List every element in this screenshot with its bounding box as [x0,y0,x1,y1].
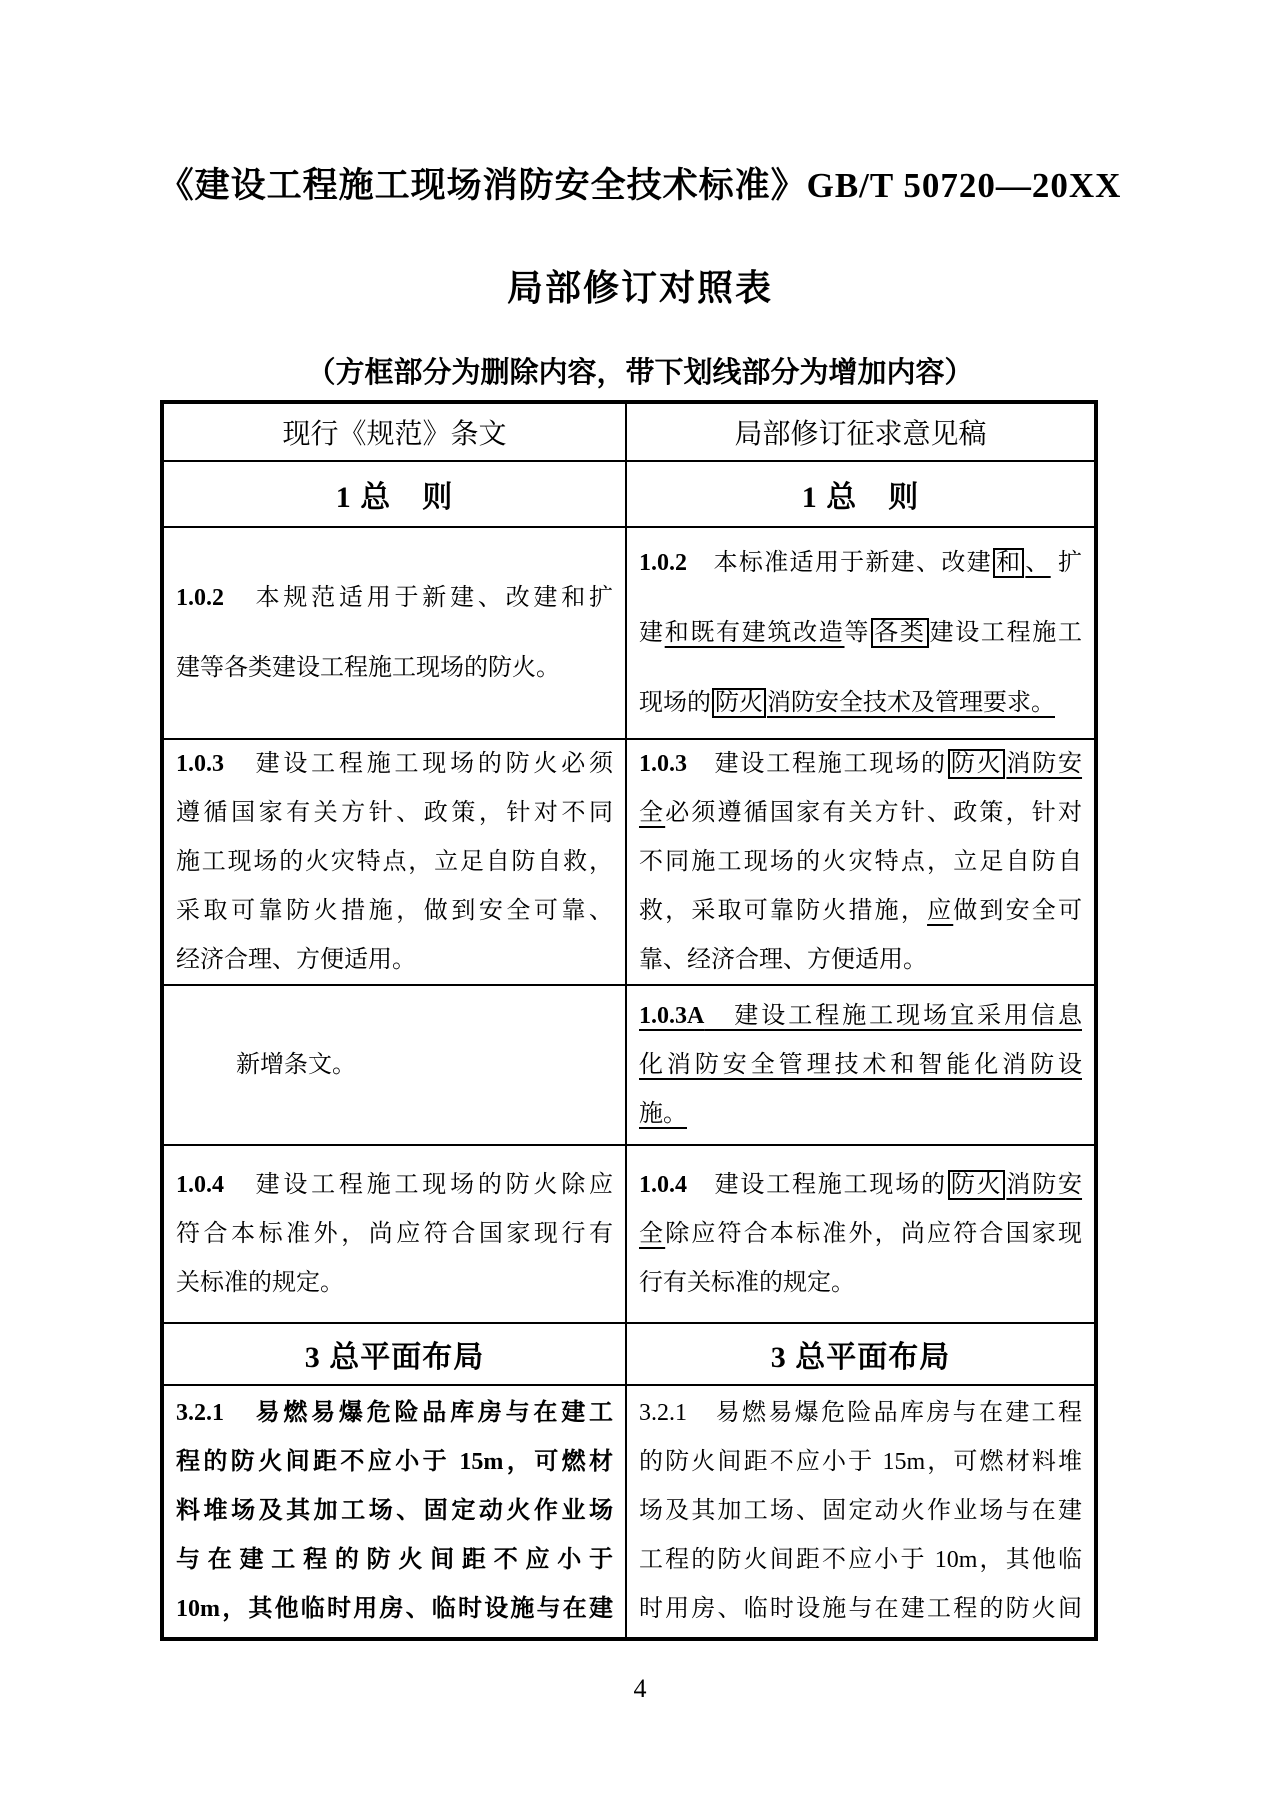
text-line: 10m，其他临时用房、临时设施与在建 [176,1585,613,1634]
bold-text: 与在建工程的防火间距不应小于 [176,1547,613,1573]
text-line: 的防火间距不应小于 15m，可燃材料堆 [639,1438,1082,1487]
bold-text: 1.0.3 [639,751,687,777]
added-text: 应 [927,898,953,924]
text-line: 料堆场及其加工场、固定动火作业场 [176,1487,613,1536]
deleted-text: 和 [993,548,1024,578]
text-run: 救，采取可靠防火措施， [639,898,927,924]
text-line: 采取可靠防火措施，做到安全可靠、 [176,887,613,936]
text-line: 施。 [639,1090,1082,1139]
added-text: 消防安 [1006,751,1082,777]
text-line: 靠、经济合理、方便适用。 [639,936,1082,985]
deleted-text: 各类 [871,618,928,648]
text-run: 建设工程施工现场的 [687,751,947,777]
added-text: 和既有建筑改造 [665,620,845,646]
text-line: 行有关标准的规定。 [639,1259,1082,1308]
text-run: 的防火间距不应小于 15m，可燃材料堆 [639,1449,1082,1475]
text-run: 建 [639,620,665,646]
bold-text: 1.0.2 [176,585,224,611]
added-text: 化消防安全管理技术和智能化消防设 [639,1052,1082,1078]
section-layout-left-cell: 3 总平面布局 [164,1324,627,1384]
bold-text: 料堆场及其加工场、固定动火作业场 [176,1498,613,1524]
text-run: 场及其加工场、固定动火作业场与在建 [639,1498,1082,1524]
text-run: 本规范适用于新建、改建和扩 [224,585,613,611]
text-run: 采取可靠防火措施，做到安全可靠、 [176,898,613,924]
text-line: 符合本标准外，尚应符合国家现行有 [176,1210,613,1259]
added-text: 消防安 [1006,1172,1082,1198]
text-run: 做到安全可 [953,898,1082,924]
header-row-right-cell: 局部修订征求意见稿 [627,404,1094,460]
clause-3-2-1: 3.2.1 易燃易爆危险品库房与在建工程的防火间距不应小于 15m，可燃材料堆场… [164,1384,1094,1637]
clause-1-0-4: 1.0.4 建设工程施工现场的防火除应符合本标准外，尚应符合国家现行有关标准的规… [164,1144,1094,1322]
text-line: 工程的防火间距不应小于 10m，其他临 [639,1536,1082,1585]
text-line: 经济合理、方便适用。 [176,936,613,985]
text-run: 遵循国家有关方针、政策，针对不同 [176,800,613,826]
clause-3-2-1-left-cell: 3.2.1 易燃易爆危险品库房与在建工程的防火间距不应小于 15m，可燃材料堆场… [164,1386,627,1637]
text-run: 符合本标准外，尚应符合国家现行有 [176,1221,613,1247]
text-line: 1.0.2 本规范适用于新建、改建和扩 [176,563,613,633]
text-run: 等 [845,620,871,646]
comparison-table: 现行《规范》条文局部修订征求意见稿1 总 则1 总 则1.0.2 本规范适用于新… [160,400,1098,1641]
bold-text: 易燃易爆危险品库房与在建工 [224,1400,613,1426]
section-general-right-cell: 1 总 则 [627,462,1094,526]
text-run: 新增条文。 [236,1052,356,1078]
clause-1-0-4-right-cell: 1.0.4 建设工程施工现场的防火消防安全除应符合本标准外，尚应符合国家现行有关… [627,1146,1094,1322]
text-run: 本标准适用于新建、改建 [687,550,992,576]
text-line: 全必须遵循国家有关方针、政策，针对 [639,789,1082,838]
header-row-left-cell: 现行《规范》条文 [164,404,627,460]
text-line: 1.0.3A 建设工程施工现场宜采用信息 [639,992,1082,1041]
section-general: 1 总 则1 总 则 [164,460,1094,526]
text-line: 建和既有建筑改造等各类建设工程施工 [639,598,1082,668]
clause-1-0-3-right-cell: 1.0.3 建设工程施工现场的防火消防安全必须遵循国家有关方针、政策，针对不同施… [627,740,1094,984]
text-run: 经济合理、方便适用。 [176,947,416,973]
text-run: 扩 [1051,550,1082,576]
bold-text: 3.2.1 [176,1400,224,1426]
section-layout-right-cell: 3 总平面布局 [627,1324,1094,1384]
text-run: 建设工程施工现场的防火必须 [224,751,613,777]
text-line: 关标准的规定。 [176,1259,613,1308]
text-run: 工程的防火间距不应小于 10m，其他临 [639,1547,1082,1573]
bold-text: 10m，其他临时用房、临时设施与在建 [176,1596,613,1622]
header-row: 现行《规范》条文局部修订征求意见稿 [164,404,1094,460]
text-line: 建等各类建设工程施工现场的防火。 [176,633,613,703]
text-line: 现场的防火消防安全技术及管理要求。 [639,668,1082,738]
text-line: 全除应符合本标准外，尚应符合国家现 [639,1210,1082,1259]
text-line: 1.0.3 建设工程施工现场的防火必须 [176,740,613,789]
text-line: 1.0.4 建设工程施工现场的防火消防安 [639,1161,1082,1210]
text-line: 3.2.1 易燃易爆危险品库房与在建工程 [639,1389,1082,1438]
text-line: 化消防安全管理技术和智能化消防设 [639,1041,1082,1090]
added-text: 建设工程施工现场宜采用信息 [704,1003,1082,1029]
deleted-text: 防火 [948,1170,1006,1200]
text-run: 易燃易爆危险品库房与在建工程 [687,1400,1082,1426]
clause-1-0-4-left-cell: 1.0.4 建设工程施工现场的防火除应符合本标准外，尚应符合国家现行有关标准的规… [164,1146,627,1322]
clause-3-2-1-right-cell: 3.2.1 易燃易爆危险品库房与在建工程的防火间距不应小于 15m，可燃材料堆场… [627,1386,1094,1637]
clause-1-0-3A-right-cell: 1.0.3A 建设工程施工现场宜采用信息化消防安全管理技术和智能化消防设施。 [627,986,1094,1144]
deleted-text: 防火 [948,749,1006,779]
text-line: 1.0.4 建设工程施工现场的防火除应 [176,1161,613,1210]
legend-note: （方框部分为删除内容，带下划线部分为增加内容） [0,354,1280,392]
text-line: 施工现场的火灾特点，立足自防自救， [176,838,613,887]
document-page: 《建设工程施工现场消防安全技术标准》GB/T 50720—20XX 局部修订对照… [0,0,1280,1810]
text-line: 时用房、临时设施与在建工程的防火间 [639,1585,1082,1634]
section-layout: 3 总平面布局3 总平面布局 [164,1322,1094,1384]
bold-text: 1.0.2 [639,550,687,576]
text-line: 1.0.3 建设工程施工现场的防火消防安 [639,740,1082,789]
text-line: 3.2.1 易燃易爆危险品库房与在建工 [176,1389,613,1438]
clause-1-0-2: 1.0.2 本规范适用于新建、改建和扩建等各类建设工程施工现场的防火。1.0.2… [164,526,1094,738]
added-text: 全 [639,800,665,826]
bold-text: 1.0.4 [176,1172,224,1198]
text-run: 不同施工现场的火灾特点，立足自防自 [639,849,1082,875]
text-run: 3.2.1 [639,1400,687,1426]
text-line: 场及其加工场、固定动火作业场与在建 [639,1487,1082,1536]
text-run: 关标准的规定。 [176,1270,344,1296]
text-run: 建设工程施工现场的防火除应 [224,1172,613,1198]
text-line: 不同施工现场的火灾特点，立足自防自 [639,838,1082,887]
page-number: 4 [0,1674,1280,1704]
text-line: 新增条文。 [176,1041,613,1090]
document-subtitle: 局部修订对照表 [0,264,1280,312]
clause-1-0-3: 1.0.3 建设工程施工现场的防火必须遵循国家有关方针、政策，针对不同施工现场的… [164,738,1094,984]
text-line: 与在建工程的防火间距不应小于 [176,1536,613,1585]
clause-1-0-3-left-cell: 1.0.3 建设工程施工现场的防火必须遵循国家有关方针、政策，针对不同施工现场的… [164,740,627,984]
deleted-text: 防火 [712,688,766,718]
text-run: 建设工程施工 [930,620,1082,646]
text-run: 行有关标准的规定。 [639,1270,855,1296]
added-text: 施。 [639,1101,687,1127]
text-run: 除应符合本标准外，尚应符合国家现 [665,1221,1082,1247]
text-run: 时用房、临时设施与在建工程的防火间 [639,1596,1082,1622]
bold-text: 1.0.3 [176,751,224,777]
text-line: 遵循国家有关方针、政策，针对不同 [176,789,613,838]
clause-1-0-3A: 新增条文。1.0.3A 建设工程施工现场宜采用信息化消防安全管理技术和智能化消防… [164,984,1094,1144]
text-line: 程的防火间距不应小于 15m，可燃材 [176,1438,613,1487]
clause-1-0-2-left-cell: 1.0.2 本规范适用于新建、改建和扩建等各类建设工程施工现场的防火。 [164,528,627,738]
clause-1-0-3A-left-cell: 新增条文。 [164,986,627,1144]
added-text: 全 [639,1221,665,1247]
text-run: 建设工程施工现场的 [687,1172,947,1198]
text-run: 必须遵循国家有关方针、政策，针对 [665,800,1082,826]
section-general-left-cell: 1 总 则 [164,462,627,526]
clause-1-0-2-right-cell: 1.0.2 本标准适用于新建、改建和、 扩建和既有建筑改造等各类建设工程施工现场… [627,528,1094,738]
text-run: 现场的 [639,690,711,716]
added-text: 1.0.3A [639,1003,704,1029]
added-text: 消防安全技术及管理要求。 [767,690,1055,716]
text-line: 1.0.2 本标准适用于新建、改建和、 扩 [639,528,1082,598]
text-run: 建等各类建设工程施工现场的防火。 [176,655,560,681]
document-title: 《建设工程施工现场消防安全技术标准》GB/T 50720—20XX [0,0,1280,209]
added-text: 、 [1025,550,1050,576]
text-run: 施工现场的火灾特点，立足自防自救， [176,849,613,875]
text-line: 救，采取可靠防火措施，应做到安全可 [639,887,1082,936]
text-run: 靠、经济合理、方便适用。 [639,947,927,973]
bold-text: 1.0.4 [639,1172,687,1198]
bold-text: 程的防火间距不应小于 15m，可燃材 [176,1449,613,1475]
